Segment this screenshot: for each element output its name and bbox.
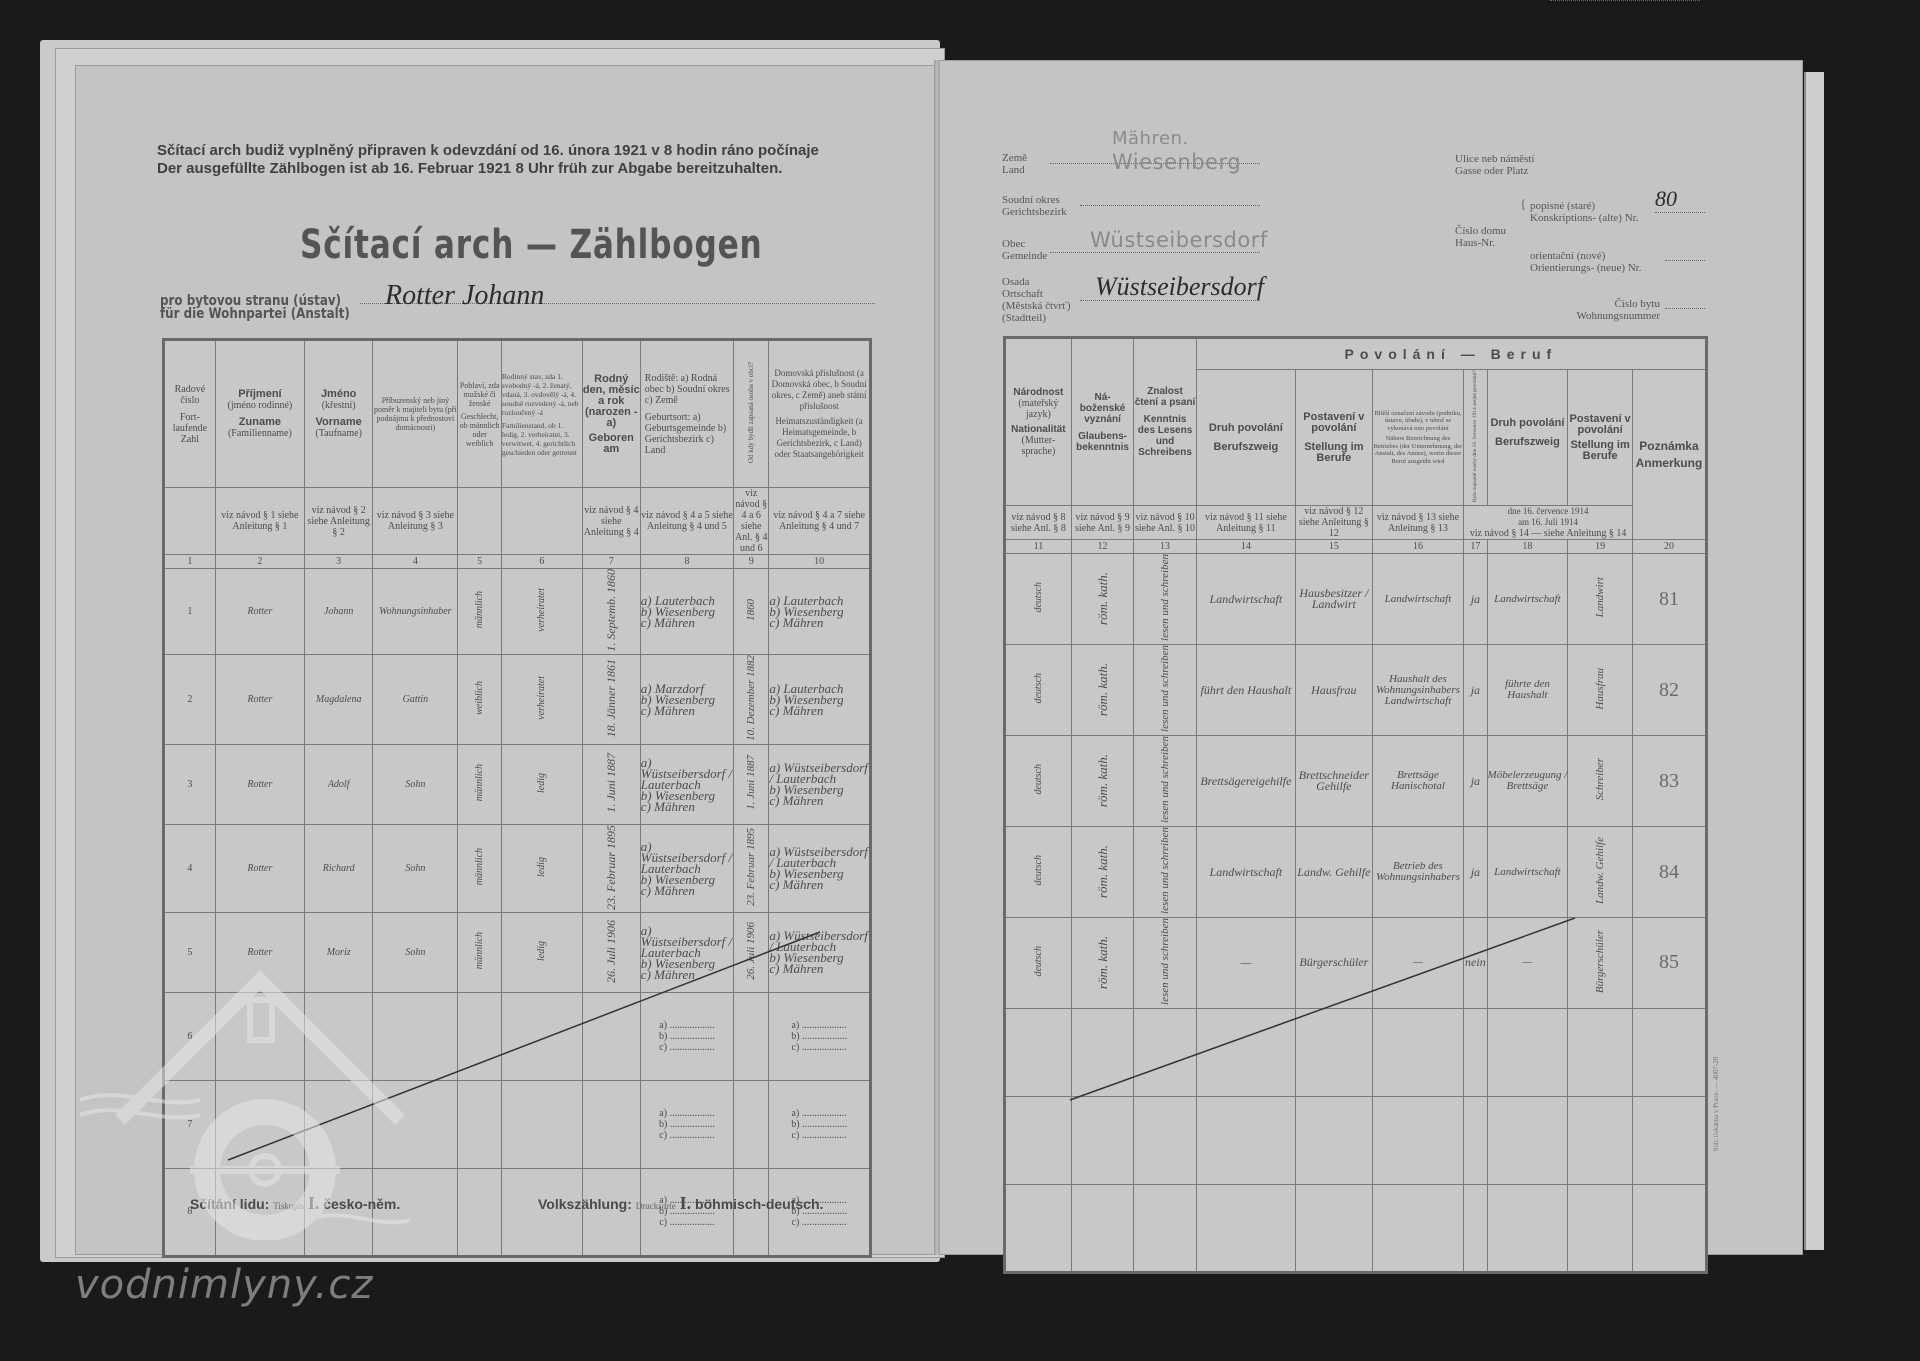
given-name-cell: Richard xyxy=(304,824,372,912)
position-1914-cell: Bürgerschüler xyxy=(1568,918,1633,1009)
since-cell: 23. Februar 1895 xyxy=(734,824,769,912)
table-cell xyxy=(1005,1008,1072,1096)
birthplace-line: a) Wüstseibersdorf / Lauterbach xyxy=(641,757,733,790)
employer-cell: Haushalt des Wohnungsinhabers Landwirtsc… xyxy=(1372,645,1464,736)
col-5-header: Pohlaví, zda mužské či ženskéGeschlecht,… xyxy=(458,340,502,488)
sex-value: männlich xyxy=(474,591,485,628)
birthdate-value: 18. Jänner 1861 xyxy=(606,659,617,737)
col-1-header: Radové čísloFort-laufende Zahl xyxy=(164,340,216,488)
birthdate-value: 23. Februar 1895 xyxy=(606,825,617,910)
since-value: 10. Dezember 1882 xyxy=(746,655,757,741)
position-cell: Brettschneider Gehilfe xyxy=(1295,736,1372,827)
abc-line: c) .................. xyxy=(769,1042,869,1053)
abc-line: c) .................. xyxy=(769,1217,869,1228)
position-1914-cell-value: Hausfrau xyxy=(1595,668,1606,710)
right-census-table: Národnost(mateřský jazyk)Nationalität(Mu… xyxy=(1003,336,1708,1274)
relation-cell: Sohn xyxy=(373,744,458,824)
table-cell xyxy=(1372,1096,1464,1184)
submission-notice: Sčítací arch budiž vyplněný připraven k … xyxy=(157,142,819,178)
table-cell: a) ..................b) ................… xyxy=(640,1080,733,1168)
table-row: 2RotterMagdalenaGattinweiblichverheirate… xyxy=(164,654,871,744)
occupation-cell: Landwirtschaft xyxy=(1196,554,1295,645)
table-cell: a) ..................b) ................… xyxy=(769,1080,871,1168)
table-row: deutschröm. kath.lesen und schreibenführ… xyxy=(1005,645,1707,736)
same-occupation-cell: ja xyxy=(1464,554,1487,645)
table-cell xyxy=(1071,1184,1133,1272)
row-number: 3 xyxy=(164,744,216,824)
occupation-1914-cell: Landwirtschaft xyxy=(1487,554,1568,645)
same-occupation-cell: ja xyxy=(1464,827,1487,918)
notice-de: Der ausgefüllte Zählbogen ist ab 16. Feb… xyxy=(157,160,819,178)
birthplace-line: c) Mähren xyxy=(641,801,733,812)
literacy-cell-value: lesen und schreiben xyxy=(1160,645,1171,732)
abc-line: b) .................. xyxy=(641,1031,733,1042)
same-occupation-cell: ja xyxy=(1464,645,1487,736)
left-census-table: Radové čísloFort-laufende Zahl Příjmení(… xyxy=(162,338,872,1258)
religion-cell-value: röm. kath. xyxy=(1097,754,1108,807)
row-number: 4 xyxy=(164,824,216,912)
position-1914-cell-value: Landwirt xyxy=(1595,577,1606,617)
house-label: Číslo domuHaus-Nr. xyxy=(1455,225,1506,249)
given-name-cell: Magdalena xyxy=(304,654,372,744)
religion-cell-value: röm. kath. xyxy=(1097,572,1108,625)
col-num: 6 xyxy=(501,555,582,569)
table-cell xyxy=(1568,1008,1633,1096)
birthdate-cell: 1. Septemb. 1860 xyxy=(582,569,640,655)
col-4-header: Příbuzenský neb jiný poměr k majiteli by… xyxy=(373,340,458,488)
table-cell xyxy=(215,1080,304,1168)
position-1914-cell-value: Bürgerschüler xyxy=(1595,930,1606,993)
relation-cell: Sohn xyxy=(373,912,458,992)
occupation-group-header: Povolání — Beruf xyxy=(1196,338,1706,370)
table-cell xyxy=(1134,1008,1196,1096)
party-label: pro bytovou stranu (ústav) für die Wohnp… xyxy=(160,295,350,321)
birthplace-cell: a) Wüstseibersdorf / Lauterbachb) Wiesen… xyxy=(640,912,733,992)
abc-line: b) .................. xyxy=(769,1119,869,1130)
birthplace-cell: a) Lauterbachb) Wiesenbergc) Mähren xyxy=(640,569,733,655)
since-value: 26. Juli 1906 xyxy=(746,922,757,980)
col-14-header: Druh povoláníBerufszweig xyxy=(1196,370,1295,506)
marital-cell: ledig xyxy=(501,912,582,992)
footer-de: Volkszählung: Drucksorte I. böhmisch-deu… xyxy=(538,1193,823,1214)
table-cell xyxy=(1487,1008,1568,1096)
remark-cell: 84 xyxy=(1632,827,1706,918)
religion-cell-value: röm. kath. xyxy=(1097,845,1108,898)
literacy-cell-value: lesen und schreiben xyxy=(1160,827,1171,914)
position-cell: Bürgerschüler xyxy=(1295,918,1372,1009)
position-1914-cell-value: Schreiber xyxy=(1595,758,1606,800)
notice-cz: Sčítací arch budiž vyplněný připraven k … xyxy=(157,142,819,160)
col-3-header: Jméno(křestní)Vorname(Taufname) xyxy=(304,340,372,488)
birthdate-cell: 23. Februar 1895 xyxy=(582,824,640,912)
sex-cell: männlich xyxy=(458,569,502,655)
abc-line: a) .................. xyxy=(769,1020,869,1031)
table-cell xyxy=(501,992,582,1080)
domicile-line: c) Mähren xyxy=(769,705,869,716)
table-cell xyxy=(1071,1008,1133,1096)
scan-background: Sčítací arch budiž vyplněný připraven k … xyxy=(0,0,1920,1361)
table-cell xyxy=(1568,1184,1633,1272)
since-cell: 1860 xyxy=(734,569,769,655)
abc-line: a) .................. xyxy=(641,1020,733,1031)
row-number: 6 xyxy=(164,992,216,1080)
position-cell: Hausbesitzer / Landwirt xyxy=(1295,554,1372,645)
table-cell: a) ..................b) ................… xyxy=(769,992,871,1080)
table-cell xyxy=(1295,1008,1372,1096)
table-row: 5RotterMorizSohnmännlichledig26. Juli 19… xyxy=(164,912,871,992)
domicile-line: a) Wüstseibersdorf / Lauterbach xyxy=(769,846,869,868)
surname-cell: Rotter xyxy=(215,824,304,912)
nationality-cell-value: deutsch xyxy=(1033,855,1044,886)
relation-cell: Gattin xyxy=(373,654,458,744)
birthplace-line: c) Mähren xyxy=(641,705,733,716)
given-name-cell: Adolf xyxy=(304,744,372,824)
col-10-header: Domovská příslušnost (a Domovská obec, b… xyxy=(769,340,871,488)
sex-cell: männlich xyxy=(458,824,502,912)
table-cell xyxy=(1568,1096,1633,1184)
surname-cell: Rotter xyxy=(215,569,304,655)
abc-line: a) .................. xyxy=(641,1108,733,1119)
literacy-cell: lesen und schreiben xyxy=(1134,554,1196,645)
literacy-cell: lesen und schreiben xyxy=(1134,827,1196,918)
col-18-header: Druh povoláníBerufszweig xyxy=(1487,370,1568,506)
given-name-cell: Moriz xyxy=(304,912,372,992)
sex-cell: männlich xyxy=(458,912,502,992)
nationality-cell: deutsch xyxy=(1005,736,1072,827)
table-cell xyxy=(1372,1008,1464,1096)
nationality-cell-value: deutsch xyxy=(1033,673,1044,704)
party-label-de: für die Wohnpartei (Anstalt) xyxy=(160,308,350,321)
table-cell xyxy=(1487,1184,1568,1272)
col-15-header: Postavení v povoláníStellung im Berufe xyxy=(1295,370,1372,506)
locality-label: OsadaOrtschaft(Městská čtvrť)(Stadtteil) xyxy=(1002,276,1071,324)
marital-cell: ledig xyxy=(501,824,582,912)
domicile-cell: a) Lauterbachb) Wiesenbergc) Mähren xyxy=(769,654,871,744)
table-cell xyxy=(304,1080,372,1168)
sex-value: männlich xyxy=(474,848,485,885)
nationality-cell: deutsch xyxy=(1005,827,1072,918)
col-num: 3 xyxy=(304,555,372,569)
occupation-cell: Landwirtschaft xyxy=(1196,827,1295,918)
table-cell xyxy=(1196,1096,1295,1184)
street-label: Ulice neb náměstíGasse oder Platz xyxy=(1455,153,1534,177)
surname-cell: Rotter xyxy=(215,744,304,824)
religion-cell-value: röm. kath. xyxy=(1097,936,1108,989)
birthplace-line: c) Mähren xyxy=(641,617,733,628)
marital-cell: verheiratet xyxy=(501,654,582,744)
abc-line: b) .................. xyxy=(769,1031,869,1042)
employer-cell: — xyxy=(1372,918,1464,1009)
marital-value: ledig xyxy=(536,773,547,793)
marital-cell: verheiratet xyxy=(501,569,582,655)
employer-cell: Brettsäge Hanischotal xyxy=(1372,736,1464,827)
occupation-1914-cell: Möbelerzeugung / Brettsäge xyxy=(1487,736,1568,827)
literacy-cell: lesen und schreiben xyxy=(1134,736,1196,827)
col-num: 8 xyxy=(640,555,733,569)
table-cell xyxy=(1134,1184,1196,1272)
printer-mark: Stát. tiskárna v Praze. — 4007-20. xyxy=(1712,1055,1720,1151)
table-row: deutschröm. kath.lesen und schreibenBret… xyxy=(1005,736,1707,827)
col-num: 7 xyxy=(582,555,640,569)
birthplace-line: c) Mähren xyxy=(641,969,733,980)
literacy-cell-value: lesen und schreiben xyxy=(1160,918,1171,1005)
table-cell xyxy=(458,1168,502,1256)
col-20-header: PoznámkaAnmerkung xyxy=(1632,370,1706,540)
col-num: 4 xyxy=(373,555,458,569)
table-cell xyxy=(373,1080,458,1168)
position-cell: Landw. Gehilfe xyxy=(1295,827,1372,918)
col-13-header: Znalost čtení a psaníKenntnis des Lesens… xyxy=(1134,338,1196,506)
table-cell xyxy=(215,992,304,1080)
table-cell xyxy=(582,992,640,1080)
domicile-line: c) Mähren xyxy=(769,963,869,974)
table-row: 1RotterJohannWohnungsinhabermännlichverh… xyxy=(164,569,871,655)
sex-value: weiblich xyxy=(474,681,485,715)
position-1914-cell-value: Landw. Gehilfe xyxy=(1595,837,1606,904)
table-cell xyxy=(501,1080,582,1168)
table-cell xyxy=(1632,1184,1706,1272)
col-19-header: Postavení v povoláníStellung im Berufe xyxy=(1568,370,1633,506)
surname-cell: Rotter xyxy=(215,654,304,744)
table-cell xyxy=(1487,1096,1568,1184)
religion-cell: röm. kath. xyxy=(1071,645,1133,736)
marital-value: verheiratet xyxy=(536,676,547,720)
nationality-cell: deutsch xyxy=(1005,918,1072,1009)
locality-value: Wüstseibersdorf xyxy=(1095,272,1264,302)
page-title: Sčítací arch — Zählbogen xyxy=(300,222,763,268)
col-9-header: Od kdy bydlí zapsaná osoba v obci? xyxy=(734,340,769,488)
col-6-header: Rodinný stav, zda 1. svobodný -á, 2. žen… xyxy=(501,340,582,488)
literacy-cell-value: lesen und schreiben xyxy=(1160,554,1171,641)
table-cell xyxy=(1464,1184,1487,1272)
occupation-1914-cell: führte den Haushalt xyxy=(1487,645,1568,736)
occupation-cell: führt den Haushalt xyxy=(1196,645,1295,736)
table-row: deutschröm. kath.lesen und schreiben—Bür… xyxy=(1005,918,1707,1009)
position-cell: Hausfrau xyxy=(1295,645,1372,736)
flat-label: Číslo bytuWohnungsnummer xyxy=(1560,298,1660,322)
table-cell xyxy=(1464,1096,1487,1184)
land-label: ZeměLand xyxy=(1002,152,1027,176)
table-cell xyxy=(304,992,372,1080)
birthdate-value: 1. Juni 1887 xyxy=(606,753,617,813)
table-row-empty xyxy=(1005,1096,1707,1184)
table-row-empty: 6a) ..................b) ...............… xyxy=(164,992,871,1080)
birthdate-cell: 1. Juni 1887 xyxy=(582,744,640,824)
birthplace-line: a) Wüstseibersdorf / Lauterbach xyxy=(641,841,733,874)
since-cell: 10. Dezember 1882 xyxy=(734,654,769,744)
abc-line: b) .................. xyxy=(641,1119,733,1130)
ref-14: dne 16. července 1914am 16. Juli 1914viz… xyxy=(1464,506,1633,540)
remark-cell: 81 xyxy=(1632,554,1706,645)
orientation-label: orientační (nové)Orientierungs- (neue) N… xyxy=(1530,250,1642,274)
table-cell xyxy=(734,1080,769,1168)
table-cell xyxy=(1632,1008,1706,1096)
table-cell xyxy=(1134,1096,1196,1184)
abc-line: c) .................. xyxy=(641,1217,733,1228)
since-cell: 26. Juli 1906 xyxy=(734,912,769,992)
since-value: 23. Februar 1895 xyxy=(746,828,757,906)
employer-cell: Betrieb des Wohnungsinhabers xyxy=(1372,827,1464,918)
since-value: 1. Juni 1887 xyxy=(746,755,757,810)
table-row-empty xyxy=(1005,1008,1707,1096)
col-12-header: Ná-boženské vyznáníGlaubens-bekenntnis xyxy=(1071,338,1133,506)
abc-line: a) .................. xyxy=(769,1108,869,1119)
col-num: 9 xyxy=(734,555,769,569)
birthplace-cell: a) Wüstseibersdorf / Lauterbachb) Wiesen… xyxy=(640,824,733,912)
table-row-empty xyxy=(1005,1184,1707,1272)
birthplace-cell: a) Marzdorfb) Wiesenbergc) Mähren xyxy=(640,654,733,744)
birthdate-value: 1. Septemb. 1860 xyxy=(606,569,617,652)
abc-line: c) .................. xyxy=(641,1130,733,1141)
birthdate-value: 26. Juli 1906 xyxy=(606,920,617,983)
religion-cell-value: röm. kath. xyxy=(1097,663,1108,716)
domicile-line: a) Wüstseibersdorf / Lauterbach xyxy=(769,930,869,952)
col-2-header: Příjmení(jméno rodinné)Zuname(Familienna… xyxy=(215,340,304,488)
since-cell: 1. Juni 1887 xyxy=(734,744,769,824)
domicile-cell: a) Wüstseibersdorf / Lauterbachb) Wiesen… xyxy=(769,744,871,824)
domicile-line: c) Mähren xyxy=(769,795,869,806)
relation-cell: Sohn xyxy=(373,824,458,912)
birthplace-line: c) Mähren xyxy=(641,885,733,896)
table-cell xyxy=(458,992,502,1080)
row-number: 7 xyxy=(164,1080,216,1168)
sex-value: männlich xyxy=(474,932,485,969)
row-number: 5 xyxy=(164,912,216,992)
col-8-header: Rodiště: a) Rodná obec b) Soudní okres c… xyxy=(640,340,733,488)
table-row: 3RotterAdolfSohnmännlichledig1. Juni 188… xyxy=(164,744,871,824)
col-num: 1 xyxy=(164,555,216,569)
literacy-cell: lesen und schreiben xyxy=(1134,645,1196,736)
conscription-label: popisné (staré)Konskriptions- (alte) Nr. xyxy=(1530,200,1638,224)
birthplace-line: a) Wüstseibersdorf / Lauterbach xyxy=(641,925,733,958)
domicile-line: c) Mähren xyxy=(769,617,869,628)
table-cell xyxy=(1632,1096,1706,1184)
col-16-header: Bližší označení závodu (podniku, ústavu,… xyxy=(1372,370,1464,506)
abc-line: c) .................. xyxy=(641,1042,733,1053)
remark-cell: 82 xyxy=(1632,645,1706,736)
domicile-line: a) Wüstseibersdorf / Lauterbach xyxy=(769,762,869,784)
nationality-cell: deutsch xyxy=(1005,645,1072,736)
literacy-cell: lesen und schreiben xyxy=(1134,918,1196,1009)
birthdate-cell: 26. Juli 1906 xyxy=(582,912,640,992)
col-7-header: Rodný den, měsíc a rok (narozen -a)Gebor… xyxy=(582,340,640,488)
occupation-cell: — xyxy=(1196,918,1295,1009)
right-page-edge xyxy=(1804,72,1824,1250)
sex-cell: weiblich xyxy=(458,654,502,744)
sex-value: männlich xyxy=(474,764,485,801)
court-label: Soudní okresGerichtsbezirk xyxy=(1002,194,1067,218)
position-1914-cell: Schreiber xyxy=(1568,736,1633,827)
table-cell xyxy=(373,992,458,1080)
col-17-header: Bylo zapsané osoby dne 16. července 1914… xyxy=(1464,370,1487,506)
table-row-empty: 7a) ..................b) ...............… xyxy=(164,1080,871,1168)
party-value: Rotter Johann xyxy=(385,280,544,312)
table-cell xyxy=(1464,1008,1487,1096)
stamp-wiesenberg: Wiesenberg xyxy=(1112,150,1241,174)
literacy-cell-value: lesen und schreiben xyxy=(1160,736,1171,823)
occupation-1914-cell: Landwirtschaft xyxy=(1487,827,1568,918)
stamp-community: Wüstseibersdorf xyxy=(1090,228,1268,252)
same-occupation-cell: nein xyxy=(1464,918,1487,1009)
position-1914-cell: Landwirt xyxy=(1568,554,1633,645)
same-occupation-cell: ja xyxy=(1464,736,1487,827)
abc-line: c) .................. xyxy=(769,1130,869,1141)
employer-cell: Landwirtschaft xyxy=(1372,554,1464,645)
nationality-cell: deutsch xyxy=(1005,554,1072,645)
community-label: ObecGemeinde xyxy=(1002,238,1047,262)
given-name-cell: Johann xyxy=(304,569,372,655)
table-cell xyxy=(458,1080,502,1168)
book-spine xyxy=(934,60,940,1255)
watermark-text: vodnimlyny.cz xyxy=(75,1262,373,1308)
surname-cell: Rotter xyxy=(215,912,304,992)
table-cell xyxy=(1295,1096,1372,1184)
birthdate-cell: 18. Jänner 1861 xyxy=(582,654,640,744)
table-cell xyxy=(1372,1184,1464,1272)
col-num: 2 xyxy=(215,555,304,569)
nationality-cell-value: deutsch xyxy=(1033,582,1044,613)
domicile-cell: a) Wüstseibersdorf / Lauterbachb) Wiesen… xyxy=(769,824,871,912)
table-cell: a) ..................b) ................… xyxy=(640,992,733,1080)
marital-value: ledig xyxy=(536,857,547,877)
table-cell xyxy=(1196,1008,1295,1096)
table-cell xyxy=(734,992,769,1080)
since-value: 1860 xyxy=(746,599,757,621)
table-row: deutschröm. kath.lesen und schreibenLand… xyxy=(1005,827,1707,918)
marital-value: verheiratet xyxy=(536,588,547,632)
remark-cell: 83 xyxy=(1632,736,1706,827)
religion-cell: röm. kath. xyxy=(1071,918,1133,1009)
footer-cz: Sčítání lidu: Tiskopis I. česko-něm. xyxy=(190,1193,400,1214)
sex-cell: männlich xyxy=(458,744,502,824)
table-cell xyxy=(1005,1096,1072,1184)
nationality-cell-value: deutsch xyxy=(1033,764,1044,795)
stamp-mahren: Mähren. xyxy=(1112,128,1189,149)
marital-cell: ledig xyxy=(501,744,582,824)
table-cell xyxy=(1295,1184,1372,1272)
birthplace-cell: a) Wüstseibersdorf / Lauterbachb) Wiesen… xyxy=(640,744,733,824)
domicile-cell: a) Lauterbachb) Wiesenbergc) Mähren xyxy=(769,569,871,655)
domicile-cell: a) Wüstseibersdorf / Lauterbachb) Wiesen… xyxy=(769,912,871,992)
domicile-line: c) Mähren xyxy=(769,879,869,890)
table-row: deutschröm. kath.lesen und schreibenLand… xyxy=(1005,554,1707,645)
conscription-value: 80 xyxy=(1655,186,1677,212)
religion-cell: röm. kath. xyxy=(1071,827,1133,918)
marital-value: ledig xyxy=(536,941,547,961)
table-cell xyxy=(1005,1184,1072,1272)
table-cell xyxy=(582,1080,640,1168)
remark-cell: 85 xyxy=(1632,918,1706,1009)
occupation-1914-cell: — xyxy=(1487,918,1568,1009)
position-1914-cell: Hausfrau xyxy=(1568,645,1633,736)
occupation-cell: Brettsägereigehilfe xyxy=(1196,736,1295,827)
nationality-cell-value: deutsch xyxy=(1033,946,1044,977)
table-cell xyxy=(1196,1184,1295,1272)
col-num: 10 xyxy=(769,555,871,569)
table-row: 4RotterRichardSohnmännlichledig23. Febru… xyxy=(164,824,871,912)
position-1914-cell: Landw. Gehilfe xyxy=(1568,827,1633,918)
col-num: 5 xyxy=(458,555,502,569)
col-11-header: Národnost(mateřský jazyk)Nationalität(Mu… xyxy=(1005,338,1072,506)
table-cell xyxy=(1071,1096,1133,1184)
religion-cell: röm. kath. xyxy=(1071,554,1133,645)
relation-cell: Wohnungsinhaber xyxy=(373,569,458,655)
religion-cell: röm. kath. xyxy=(1071,736,1133,827)
row-number: 2 xyxy=(164,654,216,744)
row-number: 1 xyxy=(164,569,216,655)
